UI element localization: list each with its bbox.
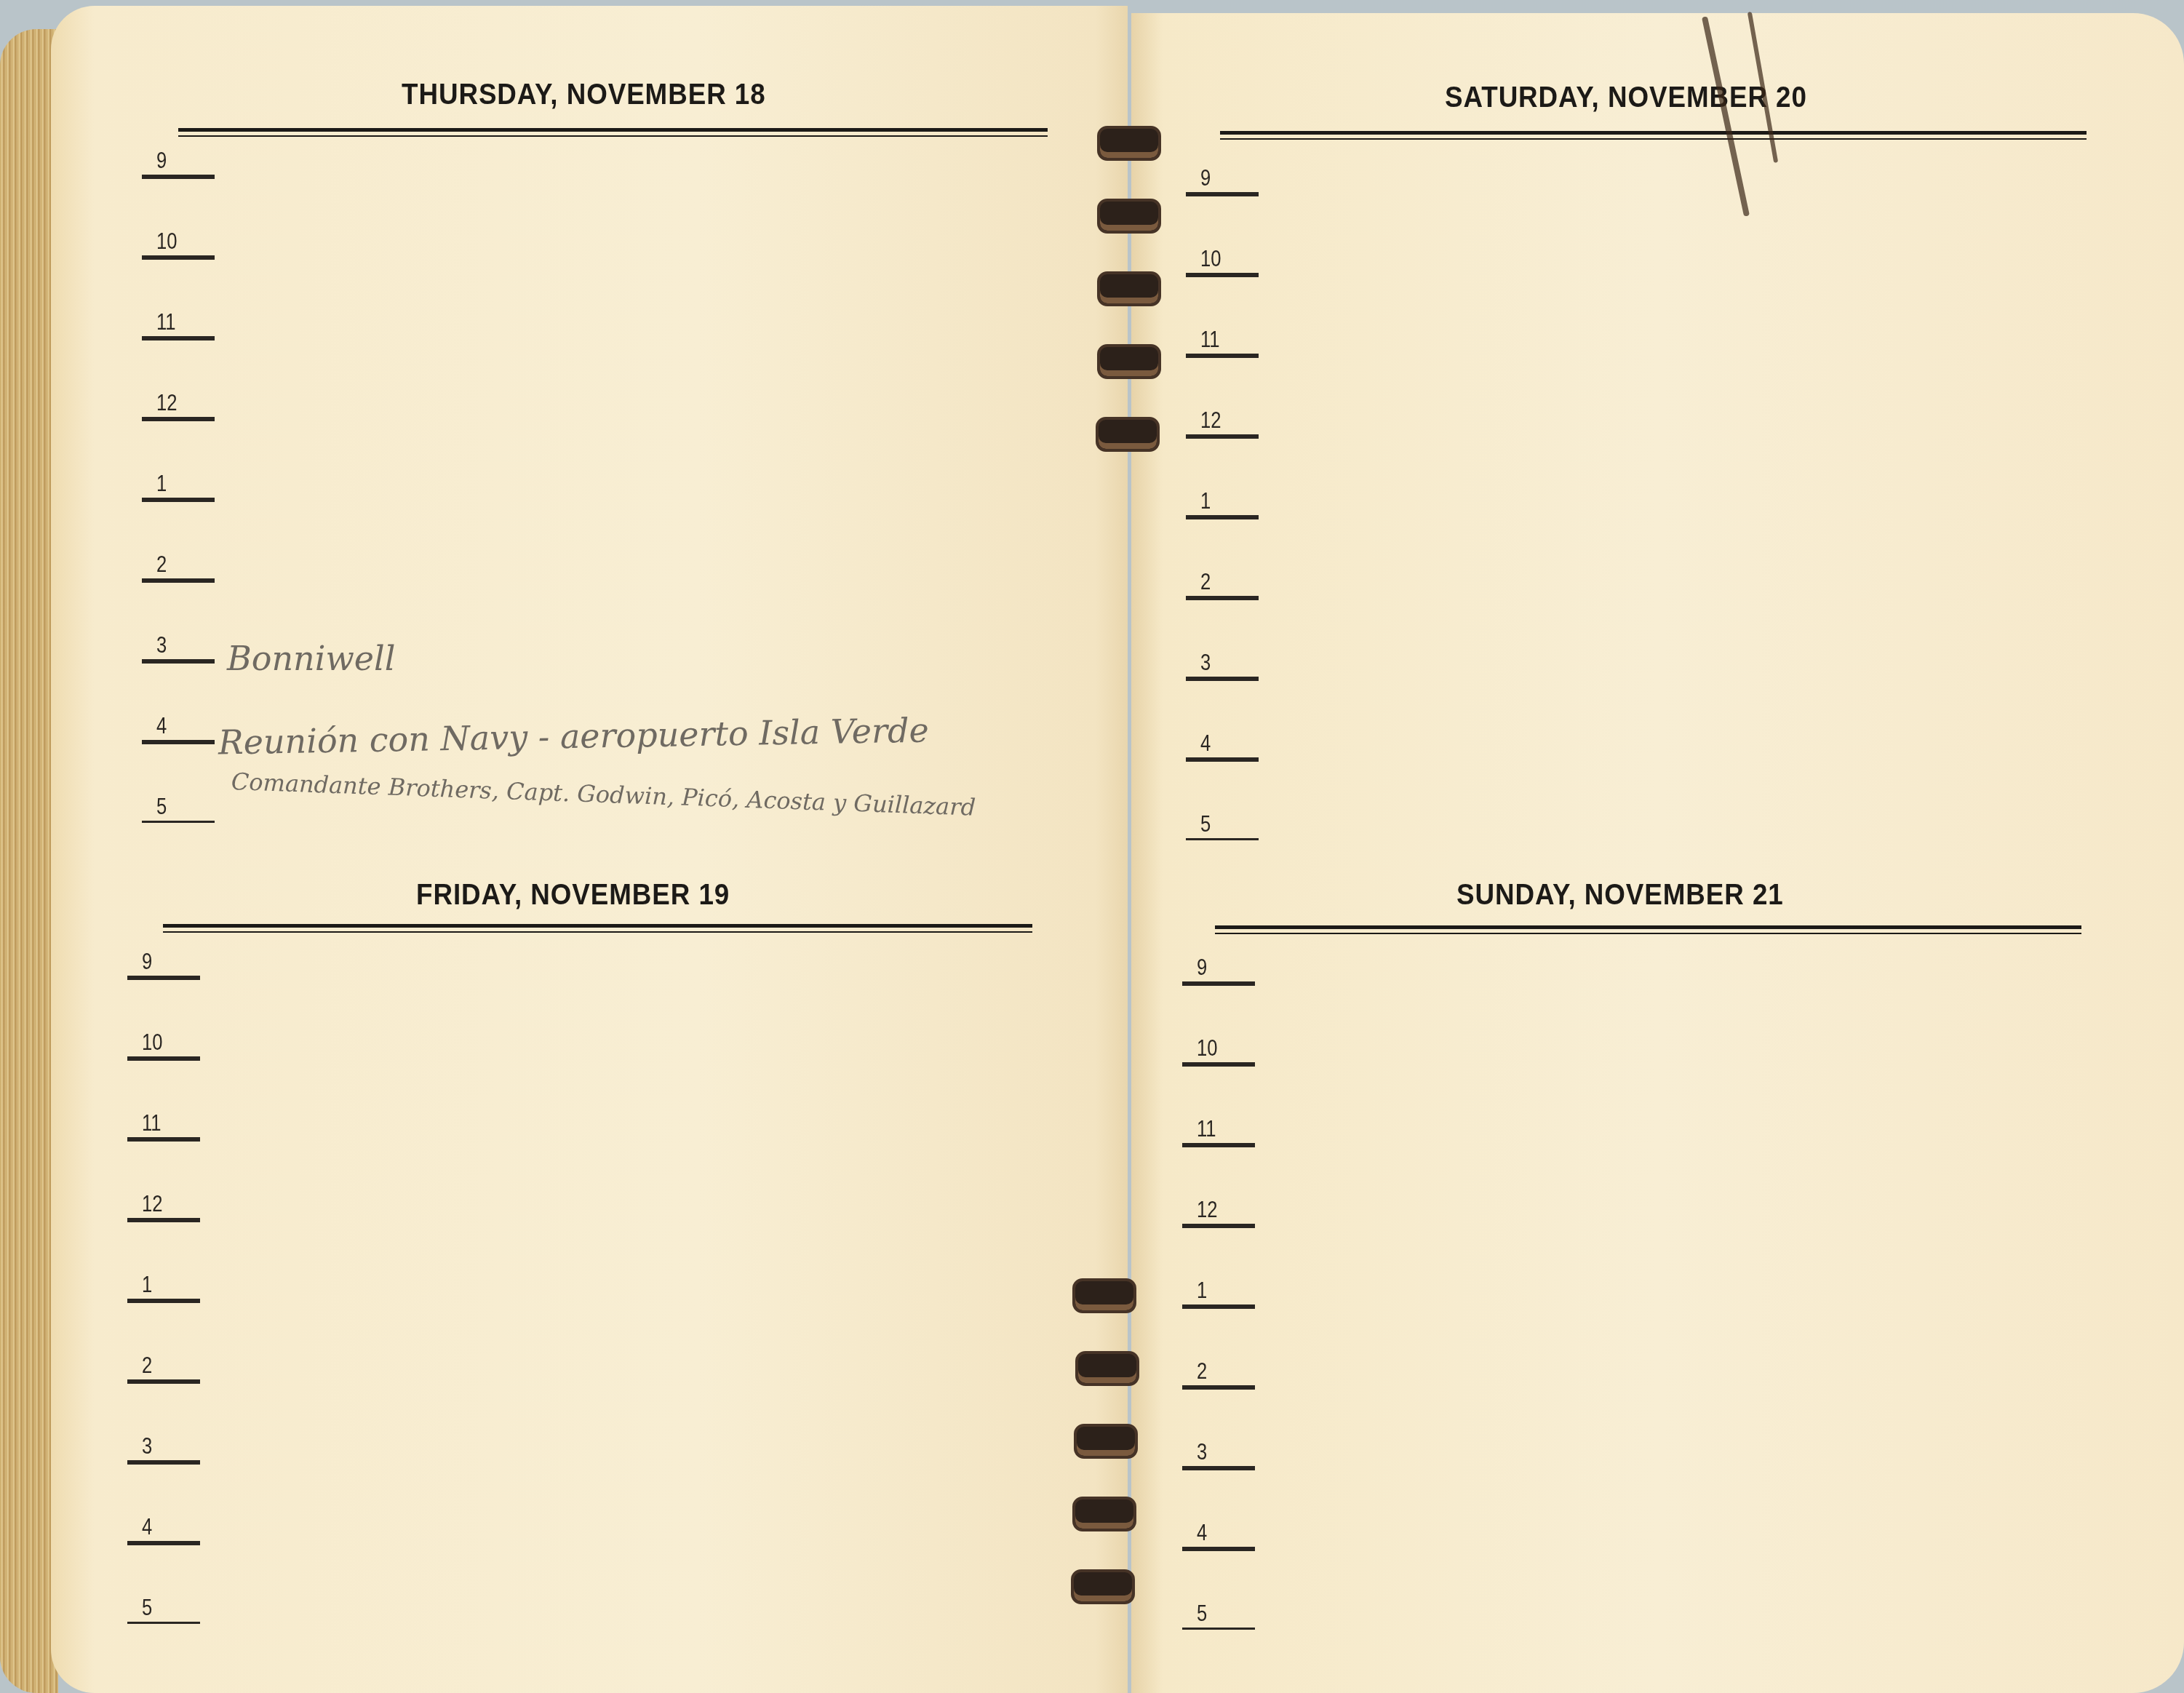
hour-slot[interactable]: 10 [1182,984,1255,1064]
hour-slot[interactable]: 2 [1182,1307,1255,1387]
spiral-ring [1096,417,1160,452]
hour-slot[interactable]: 12 [127,1139,200,1220]
hour-slot[interactable]: 12 [1186,356,1259,437]
page-stack-edge [0,29,58,1693]
hour-slot[interactable]: 1 [142,419,215,500]
hour-slot[interactable]: 5 [1186,760,1259,840]
spiral-ring [1072,1278,1136,1313]
hour-slot[interactable]: 11 [127,1059,200,1139]
hour-slot[interactable]: 5 [127,1543,200,1624]
hour-slot[interactable]: 5 [142,742,215,823]
friday-title: FRIDAY, NOVEMBER 19 [416,879,730,912]
hour-slot[interactable]: 12 [142,338,215,419]
spiral-ring [1097,271,1161,306]
hour-slot[interactable]: 4 [127,1462,200,1543]
hour-slot[interactable]: 9 [1186,113,1259,194]
hour-slot[interactable]: 4 [1186,679,1259,760]
spiral-ring [1071,1569,1135,1604]
spiral-ring [1097,199,1161,234]
hour-slot[interactable]: 9 [142,96,215,177]
spiral-ring [1097,126,1161,161]
hour-slot[interactable]: 3 [127,1382,200,1462]
thursday-title: THURSDAY, NOVEMBER 18 [402,79,766,111]
hour-slot[interactable]: 3 [1182,1387,1255,1468]
sunday-rule [1215,925,2081,939]
saturday-rule [1220,131,2087,145]
right-page [1131,13,2184,1693]
saturday-title: SATURDAY, NOVEMBER 20 [1445,81,1807,114]
hour-slot[interactable]: 1 [1182,1226,1255,1307]
hour-slot[interactable]: 3 [142,581,215,661]
hour-slot[interactable]: 3 [1186,598,1259,679]
hour-slot[interactable]: 1 [127,1220,200,1301]
hour-slot[interactable]: 9 [127,897,200,978]
hour-slot[interactable]: 9 [1182,903,1255,984]
hour-slot[interactable]: 11 [142,258,215,338]
sunday-title: SUNDAY, NOVEMBER 21 [1456,879,1784,912]
hour-slot[interactable]: 4 [1182,1468,1255,1549]
hour-slot[interactable]: 5 [1182,1549,1255,1630]
hour-slot[interactable]: 11 [1182,1064,1255,1145]
friday-rule [163,924,1032,938]
hour-slot[interactable]: 1 [1186,437,1259,517]
hour-slot[interactable]: 2 [1186,517,1259,598]
hour-slot[interactable]: 2 [127,1301,200,1382]
spiral-ring [1075,1351,1139,1386]
hour-slot[interactable]: 11 [1186,275,1259,356]
thursday-rule [178,128,1048,142]
hour-slot[interactable]: 2 [142,500,215,581]
hour-slot[interactable]: 10 [1186,194,1259,275]
hour-slot[interactable]: 10 [127,978,200,1059]
spiral-ring [1097,344,1161,379]
hour-slot[interactable]: 12 [1182,1145,1255,1226]
note-bonniwell: Bonniwell [227,639,395,678]
hour-slot[interactable]: 10 [142,177,215,258]
spiral-ring [1072,1497,1136,1531]
hour-slot[interactable]: 4 [142,661,215,742]
spiral-ring [1074,1424,1138,1459]
